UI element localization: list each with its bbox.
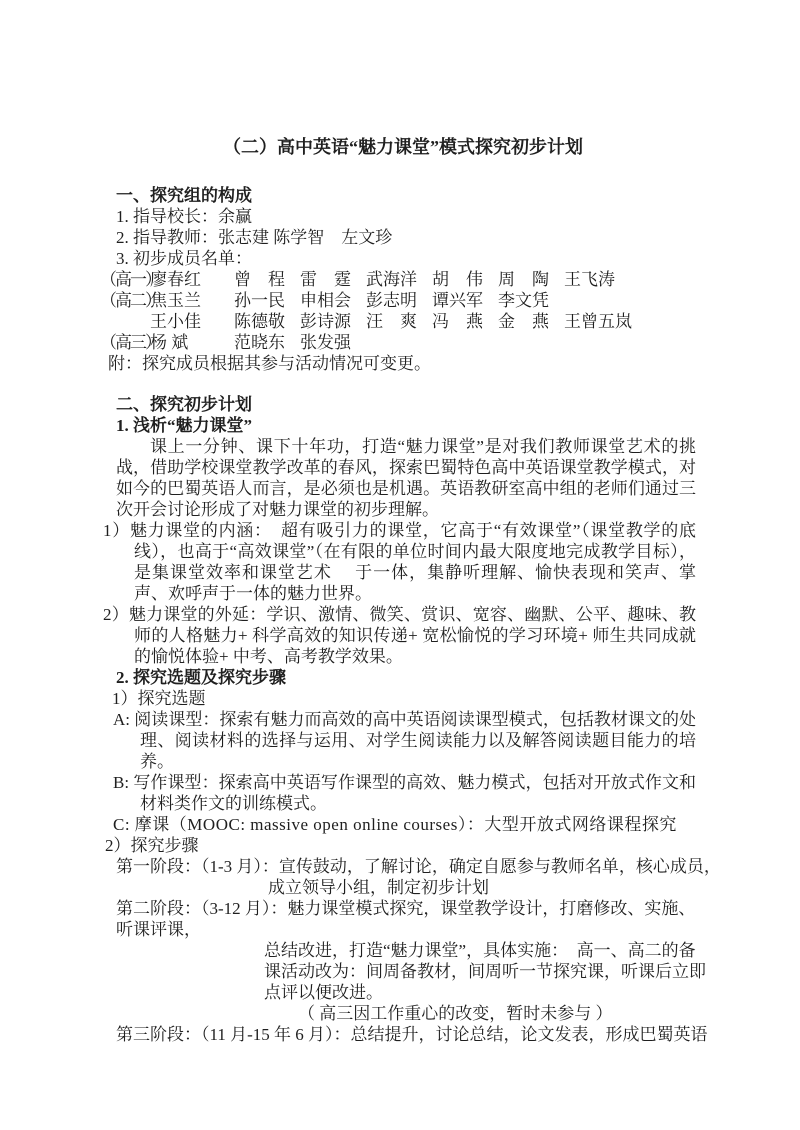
member-name: 雷 霆 — [300, 269, 366, 290]
member-name: 武海洋 — [366, 269, 432, 290]
member-name: 杨 斌 — [150, 332, 234, 353]
grade2-cont-spacer — [100, 311, 150, 332]
stage2-line3: 总结改进，打造“魅力课堂”，具体实施： 高一、高二的备 — [116, 940, 696, 961]
stage3-line1: 第三阶段：（11 月-15 年 6 月）：总结提升，讨论总结，论文发表，形成巴蜀… — [116, 1024, 696, 1045]
member-list: （高一） 廖春红 曾 程 雷 霆 武海洋 胡 伟 周 陶 王飞涛 （高二） 焦玉… — [100, 269, 696, 374]
member-name: 陈德敬 — [234, 311, 300, 332]
member-name: 周 陶 — [498, 269, 564, 290]
member-name: 彭志明 — [366, 290, 432, 311]
stage2-line1: 第二阶段：（3-12 月）：魅力课堂模式探究，课堂教学设计，打磨修改、实施、 — [116, 898, 696, 919]
member-name: 张发强 — [300, 332, 366, 353]
member-note: 附：探究成员根据其参与活动情况可变更。 — [108, 353, 696, 374]
member-name: 王飞涛 — [564, 269, 696, 290]
steps-heading: 2）探究步骤 — [105, 835, 696, 856]
member-name: 范晓东 — [234, 332, 300, 353]
subsection1-heading: 1. 浅析“魅力课堂” — [116, 415, 696, 436]
member-name: 申相会 — [300, 290, 366, 311]
member-name: 金 燕 — [498, 311, 564, 332]
member-name: 李文凭 — [498, 290, 564, 311]
extension-item: 2）魅力课堂的外延：学识、激情、微笑、赏识、宽容、幽默、公平、趣味、教师的人格魅… — [134, 604, 696, 667]
member-name: 王曾五岚 — [564, 311, 696, 332]
subsection2-heading: 2. 探究选题及探究步骤 — [116, 667, 696, 688]
member-name: 孙一民 — [234, 290, 300, 311]
member-name: 焦玉兰 — [150, 290, 234, 311]
document-page: （二）高中英语“魅力课堂”模式探究初步计划 一、探究组的构成 1. 指导校长：余… — [0, 0, 800, 1130]
topic-c: C: 摩课（MOOC: massive open online courses）… — [113, 814, 696, 835]
member-row-grade3: （高三） 杨 斌 范晓东 张发强 — [100, 332, 696, 353]
section2-heading: 二、探究初步计划 — [116, 394, 696, 415]
member-name: 彭诗源 — [300, 311, 366, 332]
member-list-label: 3. 初步成员名单： — [116, 248, 696, 269]
section1-heading: 一、探究组的构成 — [116, 185, 696, 206]
stage2-line5: 点评以便改进。 — [116, 982, 696, 1003]
topics-heading: 1）探究选题 — [112, 688, 696, 709]
member-name: 曾 程 — [234, 269, 300, 290]
connotation-item: 1）魅力课堂的内涵： 超有吸引力的课堂，它高于“有效课堂”（课堂教学的底线），也… — [134, 520, 696, 604]
doc-title: （二）高中英语“魅力课堂”模式探究初步计划 — [110, 137, 696, 158]
stage1-line1: 第一阶段：（1-3 月）：宣传鼓动，了解讨论，确定自愿参与教师名单，核心成员， — [116, 856, 696, 877]
member-name: 谭兴军 — [432, 290, 498, 311]
member-name: 王小佳 — [150, 311, 234, 332]
member-name: 廖春红 — [150, 269, 234, 290]
intro-paragraph: 课上一分钟、课下十年功，打造“魅力课堂”是对我们教师课堂艺术的挑战，借助学校课堂… — [116, 436, 696, 520]
member-name: 冯 燕 — [432, 311, 498, 332]
member-row-grade1: （高一） 廖春红 曾 程 雷 霆 武海洋 胡 伟 周 陶 王飞涛 — [100, 269, 696, 290]
grade3-label: （高三） — [100, 332, 150, 353]
topic-b: B: 写作课型：探索高中英语写作课型的高效、魅力模式，包括对开放式作文和材料类作… — [140, 772, 696, 814]
member-name: 胡 伟 — [432, 269, 498, 290]
member-row-grade2: （高二） 焦玉兰 孙一民 申相会 彭志明 谭兴军 李文凭 — [100, 290, 696, 311]
member-name: 汪 爽 — [366, 311, 432, 332]
stage2-line2: 听课评课， — [116, 919, 696, 940]
topic-a: A: 阅读课型：探索有魅力而高效的高中英语阅读课型模式，包括教材课文的处理、阅读… — [140, 709, 696, 772]
principal-line: 1. 指导校长：余赢 — [116, 206, 696, 227]
member-row-grade2-cont: 王小佳 陈德敬 彭诗源 汪 爽 冯 燕 金 燕 王曾五岚 — [100, 311, 696, 332]
grade2-label: （高二） — [100, 290, 150, 311]
advisors-line: 2. 指导教师：张志建 陈学智 左文珍 — [116, 227, 696, 248]
stage1-line2: 成立领导小组，制定初步计划 — [116, 877, 696, 898]
stage2-line4: 课活动改为：间周备教材，间周听一节探究课，听课后立即 — [116, 961, 696, 982]
grade1-label: （高一） — [100, 269, 150, 290]
stage2-note: （ 高三因工作重心的改变，暂时未参与 ） — [116, 1003, 696, 1024]
